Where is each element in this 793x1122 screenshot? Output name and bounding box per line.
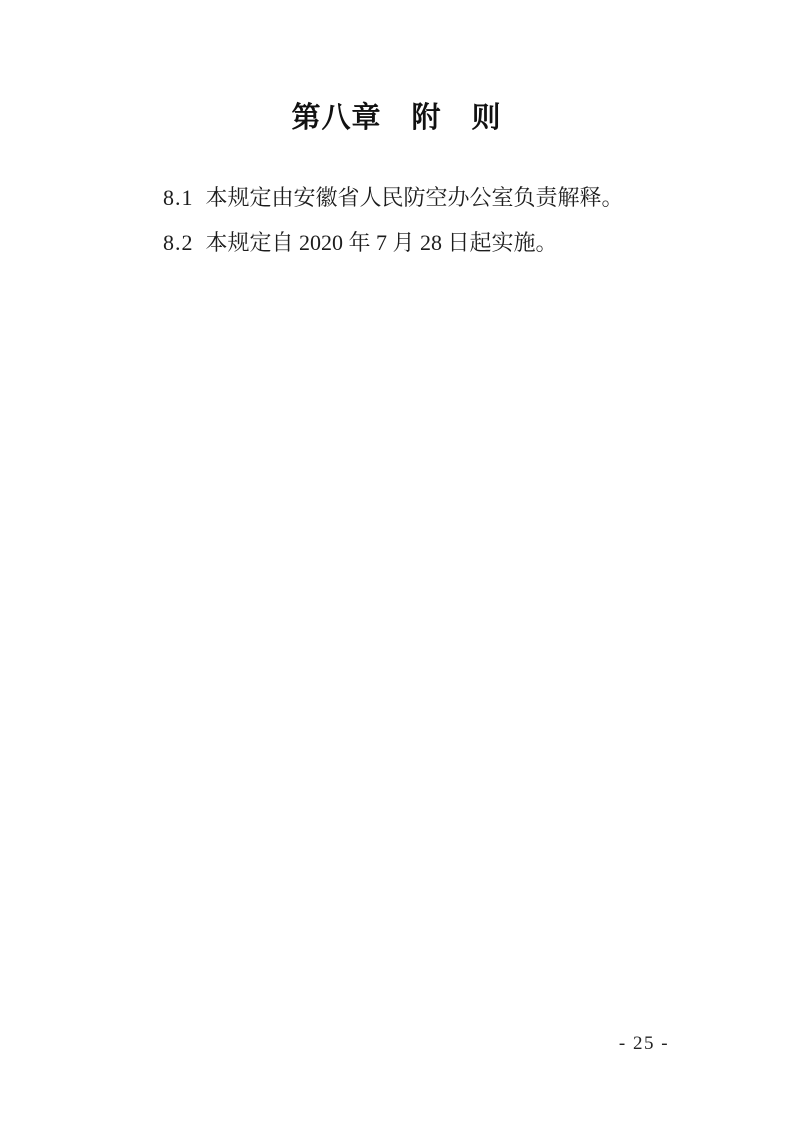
clause-8-1: 8.1本规定由安徽省人民防空办公室负责解释。 [119,175,719,220]
clause-8-2-number: 8.2 [163,230,194,255]
document-body: 8.1本规定由安徽省人民防空办公室负责解释。 8.2本规定自 2020 年 7 … [0,175,793,265]
clause-8-1-text: 本规定由安徽省人民防空办公室负责解释。 [206,185,624,210]
clause-8-2-text: 本规定自 2020 年 7 月 28 日起实施。 [206,230,558,255]
clause-8-1-number: 8.1 [163,185,194,210]
page-number: - 25 - [604,1033,684,1055]
document-page: 第八章 附 则 8.1本规定由安徽省人民防空办公室负责解释。 8.2本规定自 2… [0,0,793,1122]
chapter-heading: 第八章 附 则 [0,0,793,135]
clause-8-2: 8.2本规定自 2020 年 7 月 28 日起实施。 [119,220,719,265]
